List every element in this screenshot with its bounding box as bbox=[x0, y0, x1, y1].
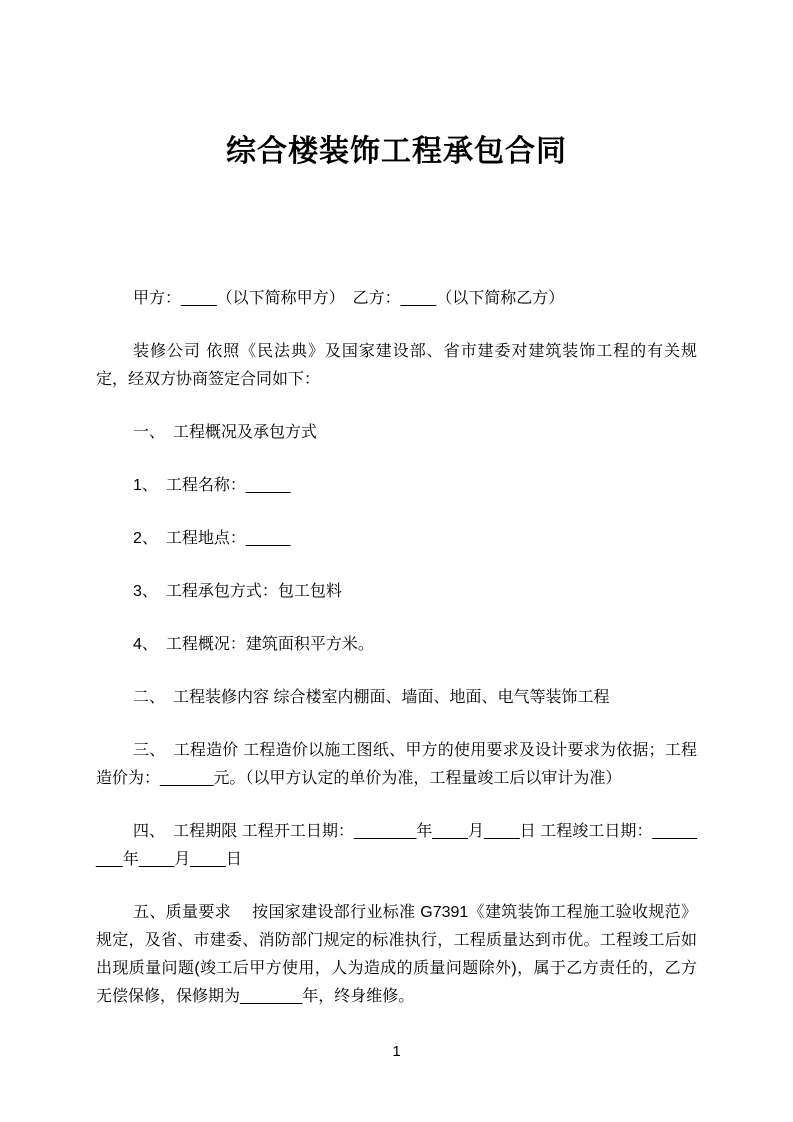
section-3-project-cost: 三、 工程造价 工程造价以施工图纸、甲方的使用要求及设计要求为依据；工程造价为：… bbox=[96, 737, 697, 793]
clause-project-name: 1、 工程名称：_____ bbox=[96, 472, 697, 500]
contract-parties-line: 甲方：____（以下简称甲方） 乙方：____（以下简称乙方） bbox=[96, 285, 697, 313]
clause-project-overview: 4、 工程概况：建筑面积平方米。 bbox=[96, 631, 697, 659]
preamble-paragraph: 装修公司 依照《民法典》及国家建设部、省市建委对建筑装饰工程的有关规定，经双方协… bbox=[96, 338, 697, 394]
clause-project-location: 2、 工程地点：_____ bbox=[96, 525, 697, 553]
section-5-quality-requirements: 五、质量要求 按国家建设部行业标准 G7391《建筑装饰工程施工验收规范》规定，… bbox=[96, 899, 697, 1011]
section-4-project-duration: 四、 工程期限 工程开工日期：_______年____月____日 工程竣工日期… bbox=[96, 818, 697, 874]
page-number: 1 bbox=[0, 1042, 793, 1062]
document-page: 综合楼装饰工程承包合同 甲方：____（以下简称甲方） 乙方：____（以下简称… bbox=[0, 0, 793, 1122]
document-title: 综合楼装饰工程承包合同 bbox=[96, 135, 697, 169]
section-1-heading: 一、 工程概况及承包方式 bbox=[96, 419, 697, 447]
document-content: 综合楼装饰工程承包合同 甲方：____（以下简称甲方） 乙方：____（以下简称… bbox=[0, 135, 793, 1011]
section-2-decoration-content: 二、 工程装修内容 综合楼室内棚面、墙面、地面、电气等装饰工程 bbox=[96, 684, 697, 712]
clause-contracting-method: 3、 工程承包方式：包工包料 bbox=[96, 578, 697, 606]
